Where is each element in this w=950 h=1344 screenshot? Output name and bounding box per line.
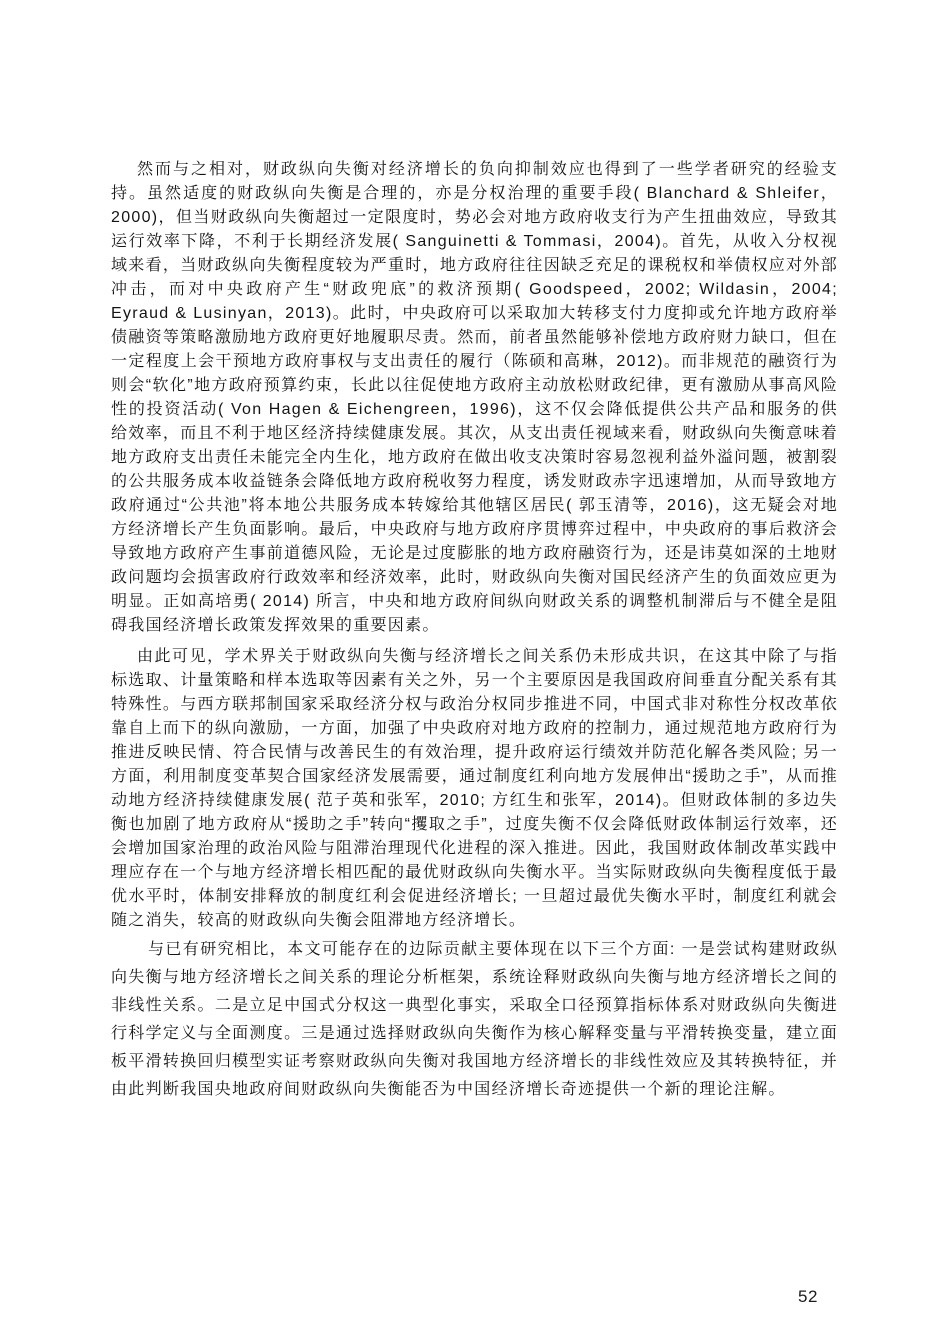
paragraph-1: 然而与之相对，财政纵向失衡对经济增长的负向抑制效应也得到了一些学者研究的经验支持… [111,158,838,638]
text-content: 然而与之相对，财政纵向失衡对经济增长的负向抑制效应也得到了一些学者研究的经验支持… [111,158,838,1104]
page-number: 52 [785,1287,831,1307]
document-page: 然而与之相对，财政纵向失衡对经济增长的负向抑制效应也得到了一些学者研究的经验支持… [0,0,950,1344]
paragraph-3: 与已有研究相比，本文可能存在的边际贡献主要体现在以下三个方面: 一是尝试构建财政… [111,936,838,1104]
paragraph-2: 由此可见，学术界关于财政纵向失衡与经济增长之间关系仍未形成共识，在这其中除了与指… [111,645,838,933]
